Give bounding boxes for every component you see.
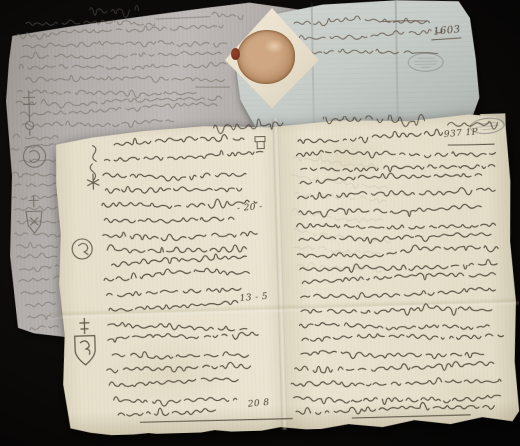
circled-monogram-icon	[69, 236, 98, 265]
amount-annotation: 20 8	[247, 398, 269, 410]
manuscript-photograph: 1603	[0, 0, 520, 446]
cross-shield-emblem-icon	[67, 315, 105, 376]
cross-orb-icon	[18, 89, 43, 138]
red-wax-remnant	[231, 48, 240, 60]
rubric-flourish-icon	[82, 141, 106, 198]
front-handwriting	[43, 111, 520, 437]
wax-seal	[237, 30, 295, 84]
front-bifolium-document: - 20 - 13 - 5 20 8 937 1P	[43, 111, 520, 437]
amount-annotation: - 20 -	[237, 202, 263, 214]
small-box-glyph-icon	[252, 132, 271, 153]
